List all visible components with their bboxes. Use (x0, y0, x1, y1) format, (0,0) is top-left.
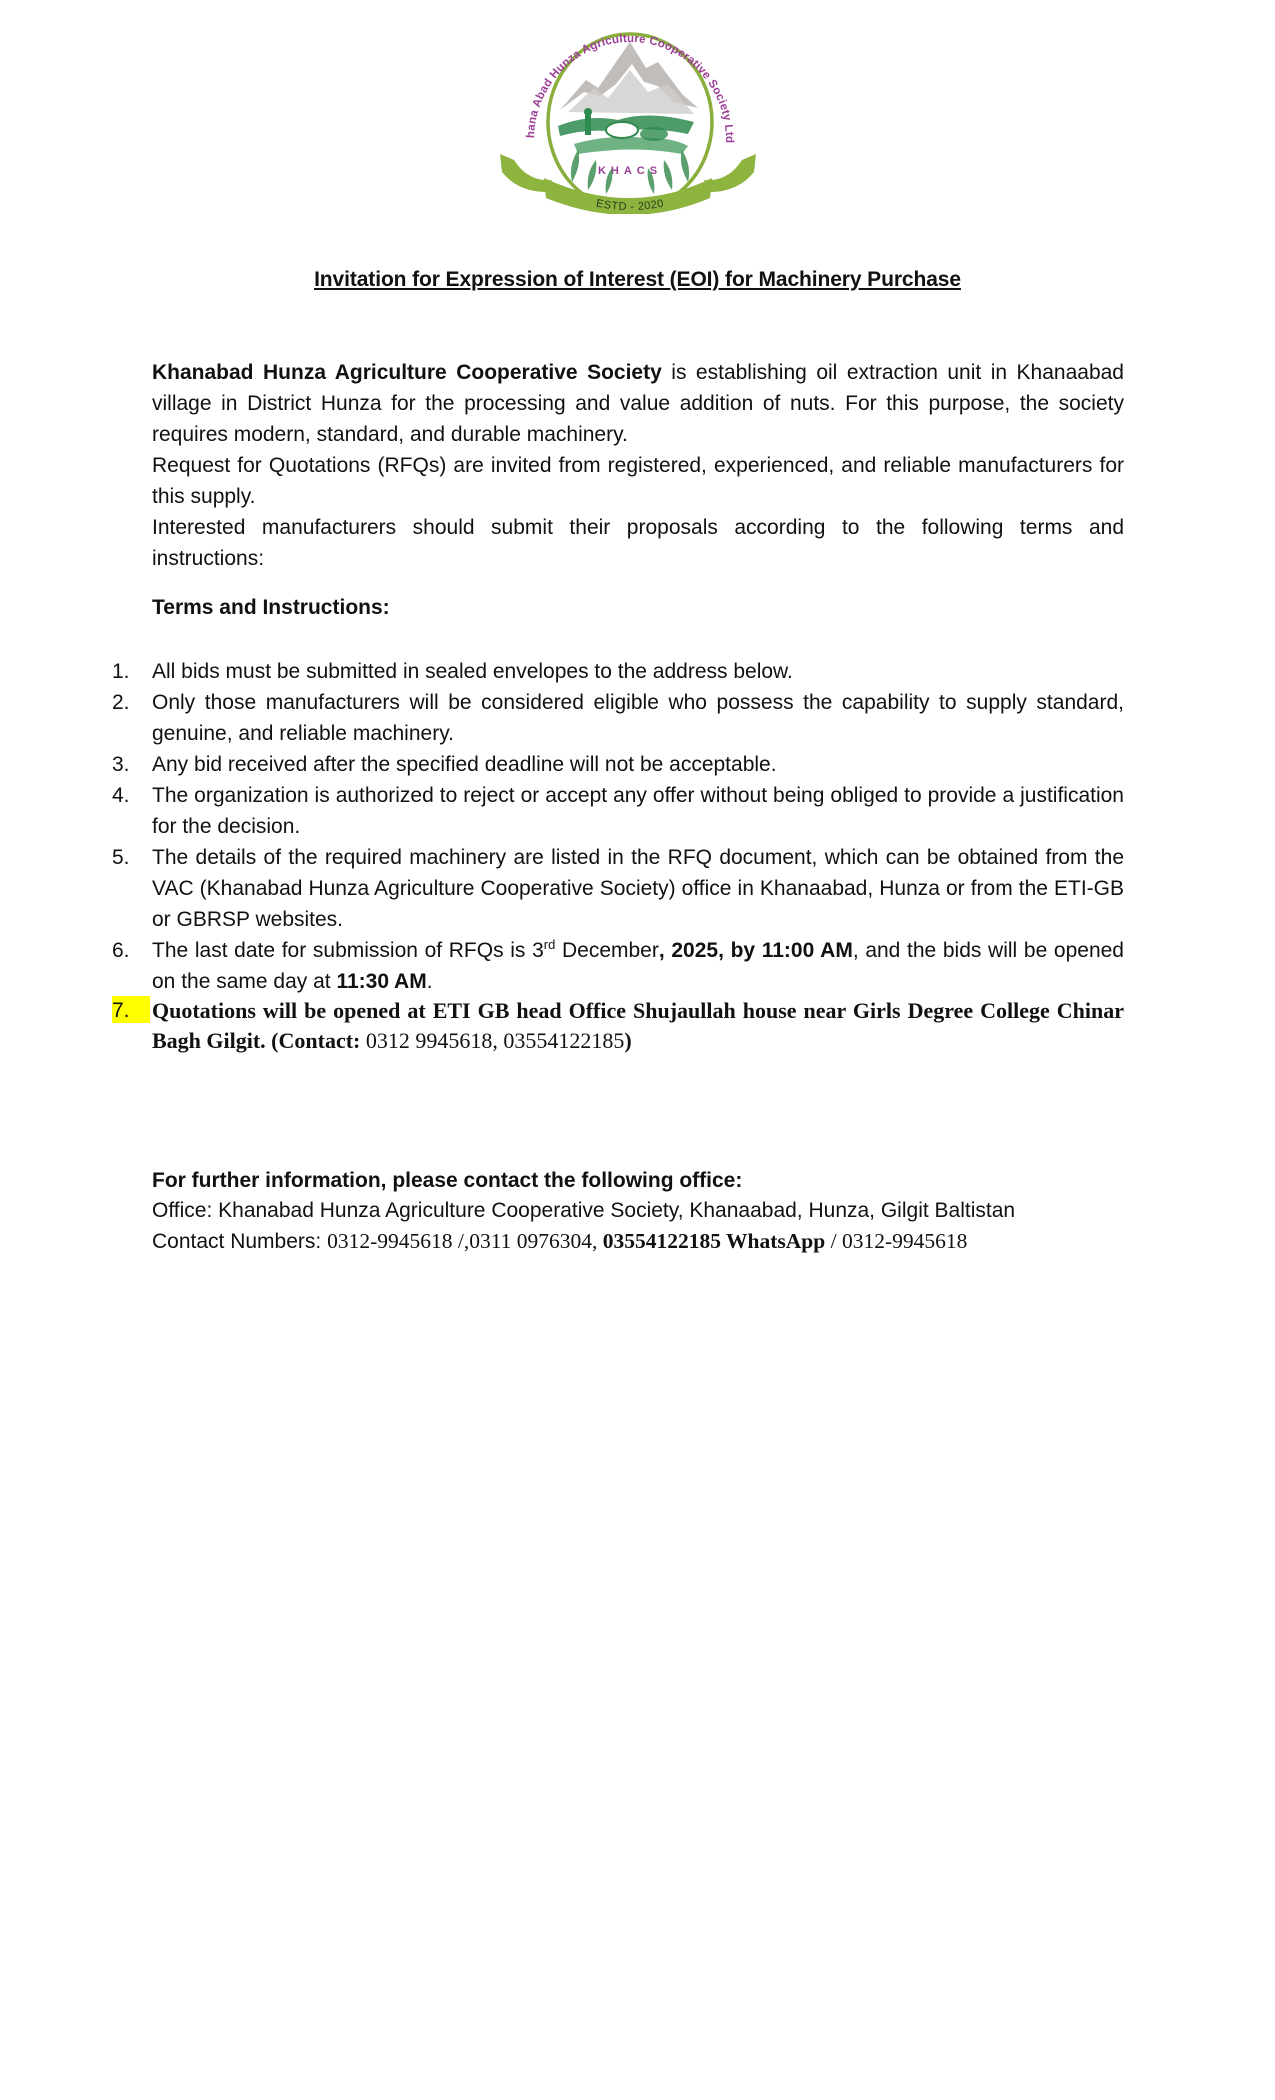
term-item: 5.The details of the required machinery … (112, 842, 1124, 935)
org-name: Khanabad Hunza Agriculture Cooperative S… (152, 361, 662, 384)
term-item-highlighted: 7.Quotations will be opened at ETI GB he… (112, 996, 1124, 1056)
svg-text:KHACS: KHACS (598, 165, 662, 177)
terms-list: 1.All bids must be submitted in sealed e… (112, 656, 1124, 1056)
contact-numbers: Contact Numbers: 0312-9945618 /,0311 097… (152, 1226, 1152, 1257)
office-address: Office: Khanabad Hunza Agriculture Coope… (152, 1196, 1152, 1226)
terms-heading: Terms and Instructions: (152, 596, 390, 620)
intro-paragraph-2: Request for Quotations (RFQs) are invite… (152, 450, 1124, 512)
intro-paragraph-1: Khanabad Hunza Agriculture Cooperative S… (152, 357, 1124, 450)
contact-heading: For further information, please contact … (152, 1166, 1152, 1196)
document-title: Invitation for Expression of Interest (E… (0, 268, 1275, 292)
term-item: 6.The last date for submission of RFQs i… (112, 935, 1124, 997)
khacs-logo: Khana Abad Hunza Agriculture Cooperative… (498, 22, 758, 214)
intro-paragraph-3: Interested manufacturers should submit t… (152, 512, 1124, 574)
term-item: 3.Any bid received after the specified d… (112, 749, 1124, 780)
contact-section: For further information, please contact … (152, 1166, 1152, 1257)
term-item: 4.The organization is authorized to reje… (112, 780, 1124, 842)
document-page: Khana Abad Hunza Agriculture Cooperative… (0, 0, 1275, 2100)
term-item: 1.All bids must be submitted in sealed e… (112, 656, 1124, 687)
term-item: 2.Only those manufacturers will be consi… (112, 687, 1124, 749)
intro-section: Khanabad Hunza Agriculture Cooperative S… (152, 357, 1124, 574)
highlighted-number: 7. (112, 996, 150, 1023)
